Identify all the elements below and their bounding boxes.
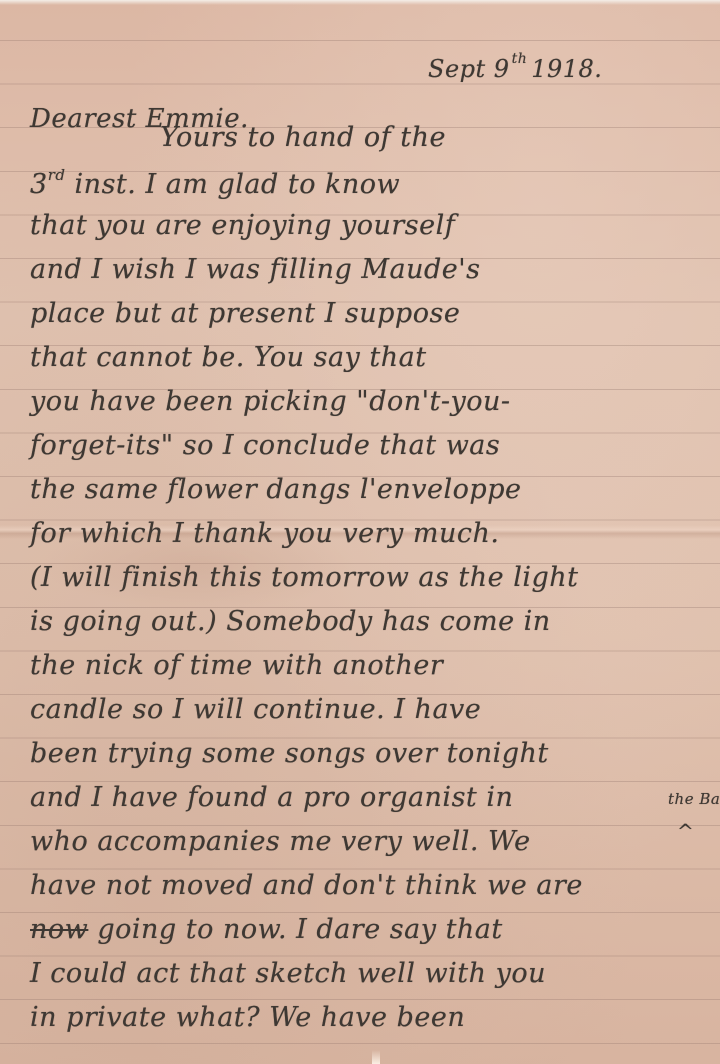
letter-line: the nick of time with another — [30, 652, 443, 679]
letter-line: (I will finish this tomorrow as the ligh… — [30, 564, 579, 591]
letter-line: been trying some songs over tonight — [30, 740, 549, 767]
letter-line: place but at present I suppose — [30, 300, 460, 327]
line-text: forget-its" so I conclude that was — [30, 430, 500, 461]
letter-line: candle so I will continue. I have — [30, 696, 481, 723]
line-text: the nick of time with another — [30, 650, 443, 681]
letter-date: Sept 9th1918. — [428, 52, 602, 81]
line-text: have not moved and don't think we are — [30, 870, 583, 901]
line-text: (I will finish this tomorrow as the ligh… — [30, 562, 579, 593]
letter-line: in private what? We have been — [30, 1004, 465, 1031]
letter-line: and I have found a pro organist in — [30, 784, 513, 811]
letter-line: forget-its" so I conclude that was — [30, 432, 500, 459]
line-text: inst. I am glad to know — [65, 169, 400, 200]
line-prefix: 3 — [30, 169, 48, 200]
letter-line: and I wish I was filling Maude's — [30, 256, 481, 283]
letter-line: the same flower dangs l'enveloppe — [30, 476, 521, 503]
insertion-caret: ^ — [677, 821, 694, 841]
line-text: going to now. I dare say that — [88, 914, 503, 945]
line-text: who accompanies me very well. We — [30, 826, 531, 857]
line-text: that you are enjoying yourself — [30, 210, 455, 241]
date-year: 1918. — [531, 55, 602, 83]
line-text: the same flower dangs l'enveloppe — [30, 474, 521, 505]
line-text: you have been picking "don't-you- — [30, 386, 511, 417]
line-text: for which I thank you very much. — [30, 518, 499, 549]
ordinal-suffix: rd — [48, 166, 66, 184]
line-text: and I wish I was filling Maude's — [30, 254, 481, 285]
line-text: and I have found a pro organist in — [30, 782, 513, 813]
letter-line: 3rd inst. I am glad to know — [30, 168, 400, 198]
letter-line: have not moved and don't think we are — [30, 872, 583, 899]
letter-line: that cannot be. You say that — [30, 344, 427, 371]
letter-line: that you are enjoying yourself — [30, 212, 455, 239]
letter-line: Yours to hand of the — [160, 124, 446, 151]
line-text: candle so I will continue. I have — [30, 694, 481, 725]
line-text: Yours to hand of the — [160, 122, 446, 153]
paper-bottom-tear — [372, 1050, 380, 1064]
letter-line: is going out.) Somebody has come in — [30, 608, 551, 635]
interlinear-insertion: the Batt — [668, 792, 720, 807]
letter-line: I could act that sketch well with you — [30, 960, 546, 987]
letter-line: now going to now. I dare say that — [30, 916, 503, 943]
date-month-day: Sept 9 — [428, 55, 510, 83]
letter-line: who accompanies me very well. We — [30, 828, 531, 855]
line-text: in private what? We have been — [30, 1002, 465, 1033]
line-text: is going out.) Somebody has come in — [30, 606, 551, 637]
line-text: place but at present I suppose — [30, 298, 460, 329]
line-text: that cannot be. You say that — [30, 342, 427, 373]
letter-line: you have been picking "don't-you- — [30, 388, 511, 415]
struck-through-word: now — [30, 914, 88, 945]
letter-page: Sept 9th1918. Dearest Emmie. Yours to ha… — [0, 0, 720, 1064]
line-text: been trying some songs over tonight — [30, 738, 549, 769]
date-ordinal-suffix: th — [512, 51, 528, 67]
letter-line: for which I thank you very much. — [30, 520, 499, 547]
line-text: I could act that sketch well with you — [30, 958, 546, 989]
paper-top-edge — [0, 0, 720, 5]
